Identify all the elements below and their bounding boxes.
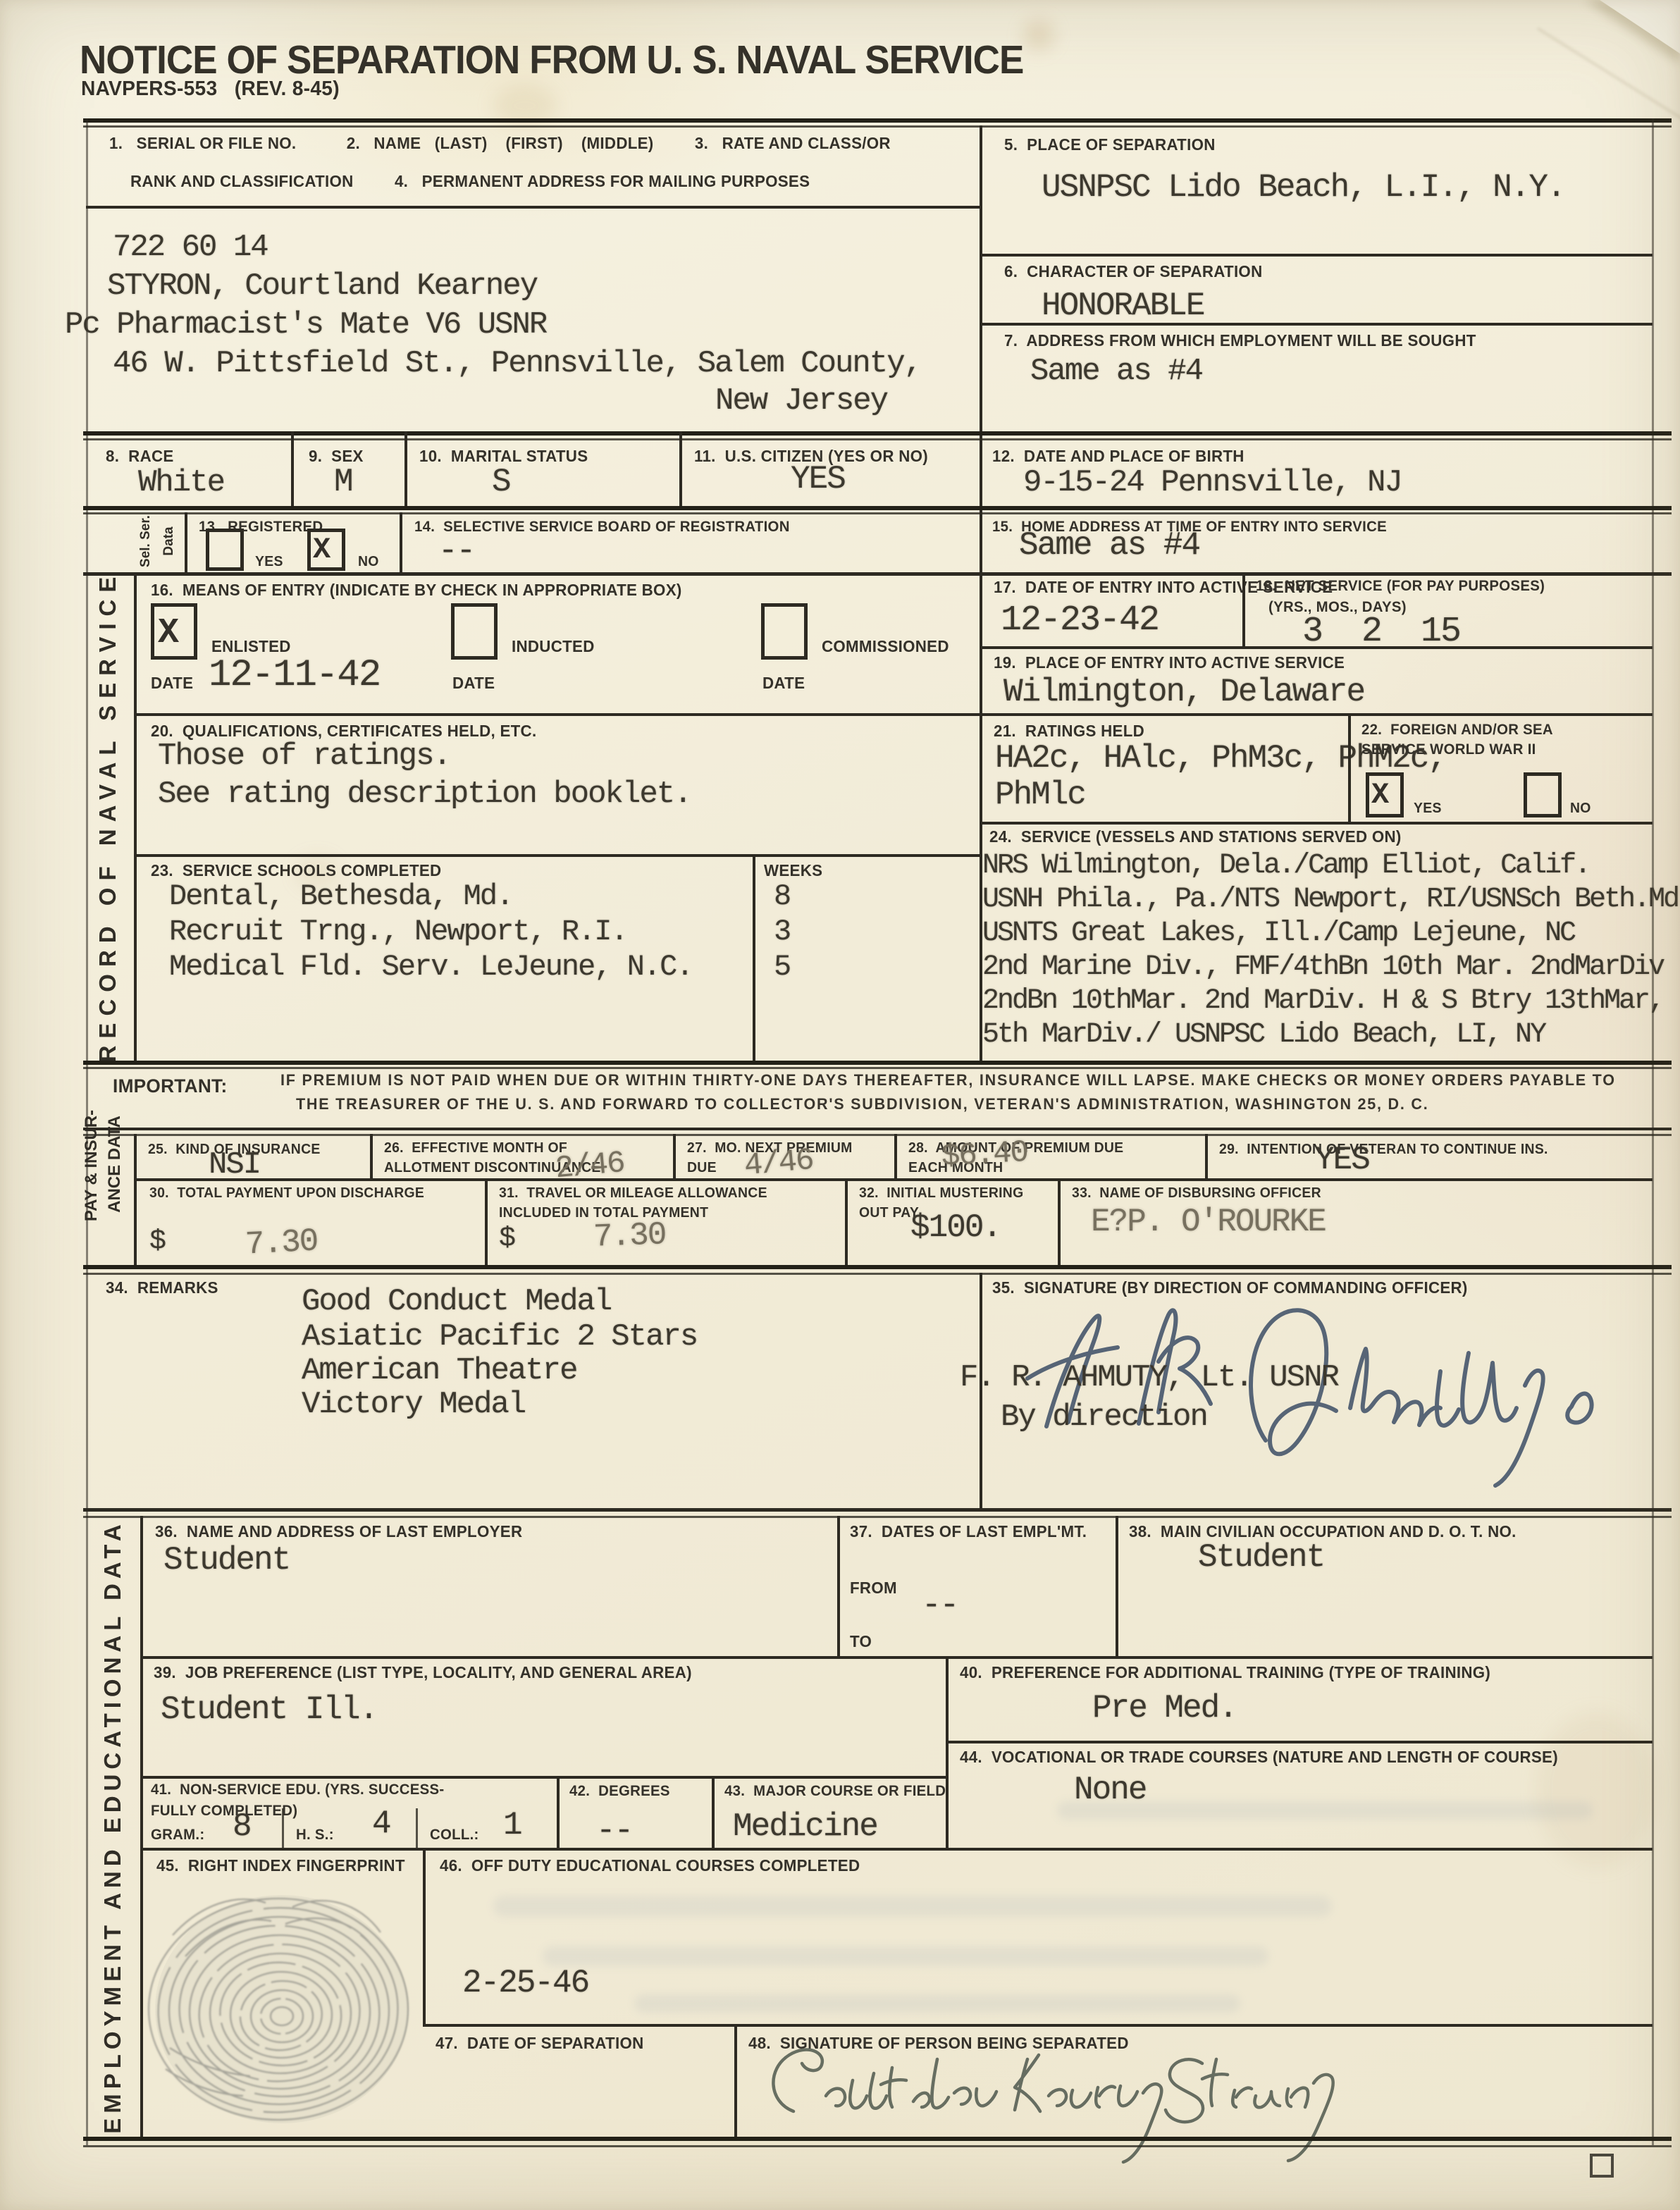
foreign-service-no-label: NO xyxy=(1570,801,1591,817)
commissioned-date-label: DATE xyxy=(762,674,805,693)
field-19-label: 19. PLACE OF ENTRY INTO ACTIVE SERVICE xyxy=(994,653,1345,672)
field-23-label: 23. SERVICE SCHOOLS COMPLETED xyxy=(151,861,441,880)
foreign-service-yes-label: YES xyxy=(1414,801,1442,817)
field-5-label: 5. PLACE OF SEPARATION xyxy=(1004,135,1216,154)
hs-label: H. S.: xyxy=(296,1827,334,1844)
ink-bleed-ghost xyxy=(543,1946,1268,1966)
rule xyxy=(416,1808,418,1848)
field-6-label: 6. CHARACTER OF SEPARATION xyxy=(1004,262,1262,281)
field-43-value: Medicine xyxy=(733,1808,877,1845)
field-8-value: White xyxy=(138,465,224,500)
field-15-value: Same as #4 xyxy=(1019,527,1199,564)
field-22-label: 22. FOREIGN AND/OR SEA xyxy=(1361,722,1553,739)
rule xyxy=(291,431,294,506)
field-26-label: 26. EFFECTIVE MONTH OF xyxy=(384,1140,567,1156)
field-38-value: Student xyxy=(1198,1539,1324,1576)
rule xyxy=(980,254,1653,257)
rule xyxy=(83,125,1672,128)
rule xyxy=(83,1128,1672,1130)
field-39-label: 39. JOB PREFERENCE (LIST TYPE, LOCALITY,… xyxy=(154,1663,692,1682)
rule xyxy=(1652,118,1654,2145)
rule xyxy=(134,713,1653,716)
school-row-1-weeks: 8 xyxy=(774,879,790,913)
enlisted-date-value: 12-11-42 xyxy=(209,654,380,697)
registered-yes-label: YES xyxy=(255,554,283,570)
field-34-label: 34. REMARKS xyxy=(106,1278,218,1297)
rule xyxy=(134,1178,1653,1181)
rule xyxy=(83,512,1672,514)
field-24-line5: 2ndBn 10thMar. 2nd MarDiv. H & S Btry 13… xyxy=(982,985,1663,1017)
rule xyxy=(734,2024,737,2137)
field-30-label: 30. TOTAL PAYMENT UPON DISCHARGE xyxy=(149,1185,424,1202)
record-section-gutter-label: RECORD OF NAVAL SERVICE xyxy=(94,570,121,1063)
commissioned-checkbox xyxy=(761,603,808,660)
school-row-1: Dental, Bethesda, Md. xyxy=(169,879,512,913)
rule xyxy=(370,1134,373,1178)
field-11-value: YES xyxy=(791,461,845,498)
field-31-dollar-sign: $ xyxy=(499,1223,514,1255)
school-row-3: Medical Fld. Serv. LeJeune, N.C. xyxy=(169,950,693,984)
rule xyxy=(86,206,980,209)
field-41-label: 41. NON-SERVICE EDU. (YRS. SUCCESS- xyxy=(151,1782,444,1798)
corner-check-square xyxy=(1590,2154,1614,2178)
important-line1: IF PREMIUM IS NOT PAID WHEN DUE OR WITHI… xyxy=(280,1071,1616,1089)
foreign-service-no-checkbox xyxy=(1524,772,1562,817)
field-12-value: 9-15-24 Pennsville, NJ xyxy=(1023,465,1402,500)
form-number: NAVPERS-553 (REV. 8-45) xyxy=(81,78,340,101)
rule xyxy=(140,1656,1653,1659)
field-9-label: 9. SEX xyxy=(309,447,364,466)
rule xyxy=(83,1061,1672,1065)
field-5-value: USNPSC Lido Beach, L.I., N.Y. xyxy=(1042,169,1565,206)
field-24-label: 24. SERVICE (VESSELS AND STATIONS SERVED… xyxy=(989,827,1402,846)
field-42-label: 42. DEGREES xyxy=(569,1783,670,1800)
remarks-line2: Asiatic Pacific 2 Stars xyxy=(302,1319,697,1354)
field-41-sublabel: FULLY COMPLETED) xyxy=(151,1803,297,1820)
rule xyxy=(1116,1516,1118,1656)
foreign-service-yes-checkmark: X xyxy=(1371,778,1389,812)
field-24-line2: USNH Phila., Pa./NTS Newport, RI/USNSch … xyxy=(982,884,1678,915)
coll-value: 1 xyxy=(503,1807,521,1844)
school-row-2-weeks: 3 xyxy=(774,915,790,949)
field-16-label: 16. MEANS OF ENTRY (INDICATE BY CHECK IN… xyxy=(151,581,682,600)
rule xyxy=(946,1656,949,1848)
field-46-typed-date: 2-25-46 xyxy=(462,1965,588,2001)
coll-label: COLL.: xyxy=(430,1827,479,1844)
field-21-label: 21. RATINGS HELD xyxy=(994,722,1144,741)
field-32-value: $100. xyxy=(910,1209,1001,1246)
mailing-address-line2: New Jersey xyxy=(715,383,887,419)
enlisted-date-label: DATE xyxy=(151,674,193,693)
rule xyxy=(946,1741,1653,1743)
rule xyxy=(83,506,1672,510)
field-29-value: YES xyxy=(1315,1142,1369,1178)
field-24-line4: 2nd Marine Div., FMF/4thBn 10th Mar. 2nd… xyxy=(982,951,1663,983)
field-40-label: 40. PREFERENCE FOR ADDITIONAL TRAINING (… xyxy=(960,1663,1490,1682)
registered-no-label: NO xyxy=(358,554,379,570)
rule xyxy=(679,431,682,506)
rule xyxy=(83,1273,1672,1275)
rule xyxy=(83,2137,1672,2141)
rule xyxy=(134,854,980,857)
rule xyxy=(845,1178,848,1265)
rule xyxy=(83,1516,1672,1518)
employment-section-gutter-label: EMPLOYMENT AND EDUCATIONAL DATA xyxy=(99,1519,126,2133)
rule xyxy=(980,646,1653,649)
remarks-line1: Good Conduct Medal xyxy=(302,1284,611,1319)
rule xyxy=(83,438,1672,440)
selective-service-gutter-label: Sel. Ser. xyxy=(138,515,154,567)
field-29-label: 29. INTENTION OF VETERAN TO CONTINUE INS… xyxy=(1219,1142,1548,1158)
rule xyxy=(1205,1134,1208,1178)
rule xyxy=(980,323,1653,326)
rule xyxy=(1058,1178,1061,1265)
styron-signature-script xyxy=(747,2028,1409,2169)
field-12-label: 12. DATE AND PLACE OF BIRTH xyxy=(992,447,1244,466)
rule xyxy=(837,1516,840,1656)
field-33-value: E?P. O'ROURKE xyxy=(1091,1204,1326,1240)
rule xyxy=(134,1134,137,1265)
rule xyxy=(83,1265,1672,1269)
rule xyxy=(83,431,1672,436)
field-37-from-value: -- xyxy=(922,1587,958,1624)
rule xyxy=(485,1178,488,1265)
rule xyxy=(185,512,187,572)
rule xyxy=(712,1776,715,1848)
school-row-2: Recruit Trng., Newport, R.I. xyxy=(169,915,627,949)
important-line2: THE TREASURER OF THE U. S. AND FORWARD T… xyxy=(296,1095,1428,1113)
enlisted-label: ENLISTED xyxy=(211,637,291,656)
gram-value: 8 xyxy=(233,1808,251,1845)
rule xyxy=(134,572,137,1061)
rule xyxy=(423,2024,1653,2027)
field-38-label: 38. MAIN CIVILIAN OCCUPATION AND D. O. T… xyxy=(1129,1522,1517,1541)
field-24-line6: 5th MarDiv./ USNPSC Lido Beach, LI, NY xyxy=(982,1019,1545,1051)
ink-bleed-ghost xyxy=(1057,1801,1593,1820)
selective-service-gutter-label2: Data xyxy=(161,526,177,555)
rule xyxy=(1348,713,1351,822)
ink-bleed-ghost xyxy=(493,1896,1332,1917)
field-20-line2: See rating description booklet. xyxy=(158,777,691,812)
field-31-value: 7.30 xyxy=(593,1216,666,1256)
rule xyxy=(282,1808,284,1848)
field-37-to-label: TO xyxy=(850,1632,872,1651)
field-32-label: 32. INITIAL MUSTERING xyxy=(859,1185,1023,1202)
field-35-typed-name: F. R. AHMUTY, Lt. USNR xyxy=(960,1360,1338,1395)
field-28-value: $6.40 xyxy=(941,1135,1028,1175)
important-label: IMPORTANT: xyxy=(113,1075,227,1097)
field-37-from-label: FROM xyxy=(850,1579,897,1598)
registered-no-checkmark: X xyxy=(313,533,331,567)
folded-corner xyxy=(1600,0,1680,54)
rule xyxy=(83,118,1672,123)
rule xyxy=(980,822,1653,825)
field-42-value: -- xyxy=(596,1813,632,1849)
rule xyxy=(1242,572,1245,646)
scanned-separation-form: NOTICE OF SEPARATION FROM U. S. NAVAL SE… xyxy=(0,0,1680,2210)
field-39-value: Student Ill. xyxy=(161,1691,377,1728)
rule xyxy=(140,1848,1653,1851)
field-24-line3: USNTS Great Lakes, Ill./Camp Lejeune, NC xyxy=(982,918,1574,949)
remarks-line4: Victory Medal xyxy=(302,1387,525,1422)
field-20-label: 20. QUALIFICATIONS, CERTIFICATES HELD, E… xyxy=(151,722,536,741)
rule xyxy=(400,512,402,572)
field-46-label: 46. OFF DUTY EDUCATIONAL COURSES COMPLET… xyxy=(440,1856,860,1875)
field-17-value: 12-23-42 xyxy=(1001,600,1159,641)
form-title: NOTICE OF SEPARATION FROM U. S. NAVAL SE… xyxy=(80,37,1023,83)
rule xyxy=(140,1776,946,1779)
field-6-value: HONORABLE xyxy=(1042,288,1204,324)
field-18-label: 18. NET SERVICE (FOR PAY PURPOSES) xyxy=(1256,578,1545,595)
rule xyxy=(83,1067,1672,1069)
rule xyxy=(83,1134,1672,1136)
field-10-value: S xyxy=(492,464,510,500)
rule xyxy=(673,1134,676,1178)
mailing-address-line1: 46 W. Pittsfield St., Pennsville, Salem … xyxy=(113,346,921,381)
styron-signature-text: Courtland Kearney Styron xyxy=(789,2058,1113,2089)
field-36-label: 36. NAME AND ADDRESS OF LAST EMPLOYER xyxy=(155,1522,522,1541)
inducted-checkbox xyxy=(451,603,498,660)
name-value: STYRON, Courtland Kearney xyxy=(107,268,537,304)
field-25-value: NSI xyxy=(209,1147,260,1183)
field-24-line1: NRS Wilmington, Dela./Camp Elliot, Calif… xyxy=(982,850,1589,882)
registered-yes-checkbox xyxy=(206,529,244,571)
ink-bleed-ghost xyxy=(634,1994,1240,2013)
field-20-line1: Those of ratings. xyxy=(158,739,450,774)
rate-value: Pc Pharmacist's Mate V6 USNR xyxy=(65,307,546,342)
field-40-value: Pre Med. xyxy=(1092,1690,1237,1727)
rule xyxy=(753,854,755,1061)
ahmuty-signature-text: F R Ahmuty xyxy=(1057,1311,1204,1342)
rule xyxy=(894,1134,897,1178)
inducted-date-label: DATE xyxy=(452,674,495,693)
school-row-3-weeks: 5 xyxy=(774,950,790,984)
field-31-label: 31. TRAVEL OR MILEAGE ALLOWANCE xyxy=(499,1185,767,1202)
field-44-label: 44. VOCATIONAL OR TRADE COURSES (NATURE … xyxy=(960,1748,1558,1767)
rule xyxy=(557,1776,560,1848)
field-47-label: 47. DATE OF SEPARATION xyxy=(436,2034,644,2053)
rule xyxy=(404,431,407,506)
field-7-value: Same as #4 xyxy=(1030,354,1202,389)
paper-stain xyxy=(1023,20,1054,51)
field-27-sublabel: DUE xyxy=(687,1160,717,1176)
field-9-value: M xyxy=(334,464,352,500)
field-8-label: 8. RACE xyxy=(106,447,174,466)
field-30-dollar-sign: $ xyxy=(149,1226,165,1258)
field-36-value: Student xyxy=(163,1542,290,1579)
field-33-label: 33. NAME OF DISBURSING OFFICER xyxy=(1072,1185,1321,1202)
field-14-value: -- xyxy=(438,533,474,569)
field-30-value: 7.30 xyxy=(245,1223,319,1263)
rule xyxy=(83,1508,1672,1512)
field-37-label: 37. DATES OF LAST EMPL'MT. xyxy=(850,1522,1087,1541)
enlisted-checkmark: X xyxy=(158,613,179,653)
field-3-4-labels: RANK AND CLASSIFICATION 4. PERMANENT ADD… xyxy=(130,172,810,191)
remarks-line3: American Theatre xyxy=(302,1353,576,1388)
field-1-2-3-labels: 1. SERIAL OR FILE NO. 2. NAME (LAST) (FI… xyxy=(109,134,891,153)
field-7-label: 7. ADDRESS FROM WHICH EMPLOYMENT WILL BE… xyxy=(1004,331,1476,350)
pay-section-gutter-label1: PAY & INSUR- xyxy=(82,1110,101,1221)
gram-label: GRAM.: xyxy=(151,1827,204,1844)
rule xyxy=(83,2145,1672,2147)
field-35-by-direction: By direction xyxy=(1001,1400,1207,1435)
serial-number-value: 722 60 14 xyxy=(113,230,268,265)
weeks-column-header: WEEKS xyxy=(764,861,822,880)
pay-section-gutter-label2: ANCE DATA xyxy=(105,1116,125,1213)
field-19-value: Wilmington, Delaware xyxy=(1003,674,1364,710)
field-21-line2: PhMlc xyxy=(995,777,1085,813)
field-10-label: 10. MARITAL STATUS xyxy=(419,447,588,466)
paper-stain xyxy=(1536,1712,1656,1868)
commissioned-label: COMMISSIONED xyxy=(822,637,949,656)
inducted-label: INDUCTED xyxy=(512,637,595,656)
rule xyxy=(140,1516,143,2137)
field-22-sublabel: SERVICE WORLD WAR II xyxy=(1361,741,1536,758)
fingerprint-image xyxy=(144,1872,426,2140)
hs-value: 4 xyxy=(372,1805,390,1842)
rule xyxy=(83,572,1672,576)
field-43-label: 43. MAJOR COURSE OR FIELD xyxy=(724,1783,946,1800)
